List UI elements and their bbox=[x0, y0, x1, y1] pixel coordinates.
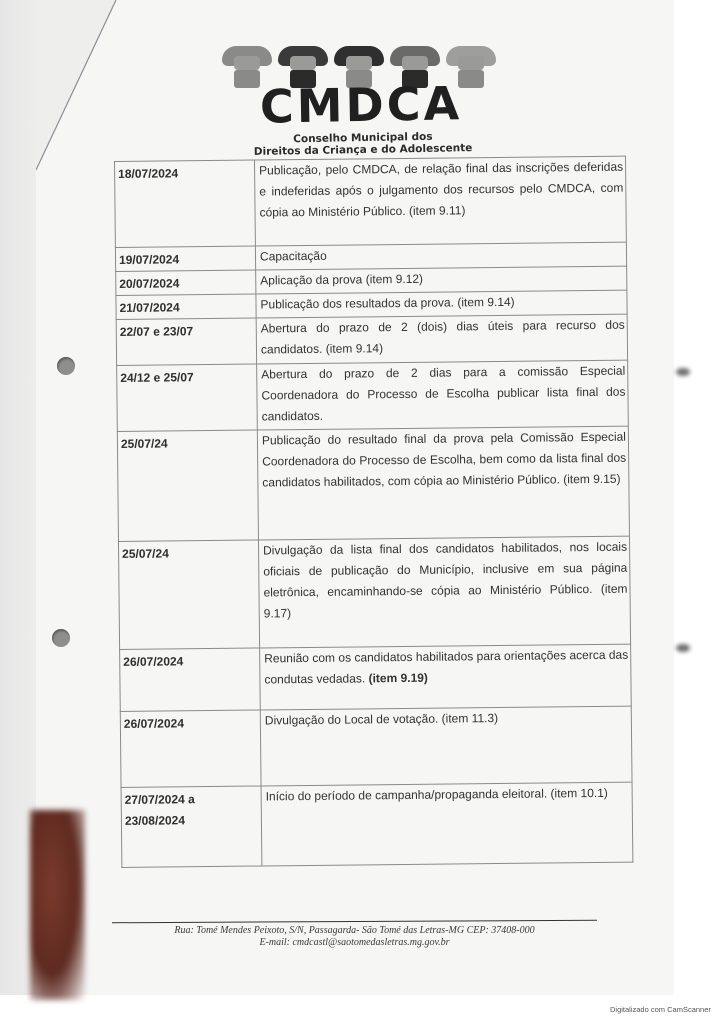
schedule-date: 26/07/2024 bbox=[120, 648, 261, 711]
punch-hole-shadow bbox=[676, 368, 690, 376]
description-text: Divulgação do Local de votação. (item 11… bbox=[265, 711, 498, 727]
schedule-row: 26/07/2024Reunião com os candidatos habi… bbox=[120, 644, 632, 711]
logo-text: CMDCA bbox=[226, 78, 497, 133]
schedule-date: 18/07/2024 bbox=[115, 160, 256, 247]
description-text: Abertura do prazo de 2 dias para a comis… bbox=[261, 364, 625, 424]
description-text: Publicação dos resultados da prova. (ite… bbox=[260, 295, 514, 312]
scan-margin bbox=[674, 0, 724, 995]
footer-email: E-mail: cmdcastl@saotomedasletras.mg.gov… bbox=[112, 937, 597, 949]
punch-hole bbox=[57, 357, 75, 375]
schedule-description: Publicação do resultado final da prova p… bbox=[257, 426, 629, 540]
schedule-description: Divulgação da lista final dos candidatos… bbox=[258, 536, 630, 648]
schedule-row: 26/07/2024Divulgação do Local de votação… bbox=[120, 706, 632, 787]
description-text: Reunião com os candidatos habilitados pa… bbox=[264, 648, 628, 687]
item-reference: (item 9.19) bbox=[368, 671, 428, 686]
schedule-row: 25/07/24Divulgação da lista final dos ca… bbox=[118, 536, 630, 649]
schedule-date: 20/07/2024 bbox=[116, 270, 256, 295]
schedule-row: 24/12 e 25/07Abertura do prazo de 2 dias… bbox=[117, 360, 629, 431]
schedule-date: 25/07/24 bbox=[118, 540, 259, 649]
description-text: Publicação do resultado final da prova p… bbox=[262, 430, 626, 490]
finger-shadow bbox=[30, 810, 85, 1000]
punch-hole bbox=[52, 629, 70, 647]
description-text: Aplicação da prova (item 9.12) bbox=[260, 272, 423, 288]
description-text: Abertura do prazo de 2 (dois) dias úteis… bbox=[261, 318, 625, 357]
schedule-date: 27/07/2024 a 23/08/2024 bbox=[121, 786, 262, 867]
schedule-table-wrapper: 18/07/2024Publicação, pelo CMDCA, de rel… bbox=[114, 156, 633, 868]
schedule-date: 19/07/2024 bbox=[115, 246, 255, 271]
schedule-description: Divulgação do Local de votação. (item 11… bbox=[260, 706, 632, 786]
schedule-date: 26/07/2024 bbox=[120, 710, 261, 787]
footer: Rua: Tomé Mendes Peixoto, S/N, Passagard… bbox=[112, 925, 597, 949]
schedule-date: 21/07/2024 bbox=[116, 294, 256, 319]
schedule-description: Reunião com os candidatos habilitados pa… bbox=[260, 644, 632, 710]
schedule-row: 22/07 e 23/07Abertura do prazo de 2 (doi… bbox=[116, 314, 627, 365]
scanner-watermark: Digitalizado com CamScanner bbox=[610, 1005, 711, 1014]
organization-name: Conselho Municipal dos Direitos da Crian… bbox=[218, 129, 508, 158]
schedule-description: Abertura do prazo de 2 dias para a comis… bbox=[257, 360, 629, 430]
footer-address: Rua: Tomé Mendes Peixoto, S/N, Passagard… bbox=[112, 925, 597, 937]
schedule-row: 18/07/2024Publicação, pelo CMDCA, de rel… bbox=[115, 156, 627, 247]
description-text: Capacitação bbox=[260, 249, 327, 264]
schedule-row: 27/07/2024 a 23/08/2024Início do período… bbox=[121, 782, 633, 867]
schedule-date: 24/12 e 25/07 bbox=[117, 364, 258, 431]
schedule-date: 25/07/24 bbox=[117, 430, 258, 541]
schedule-row: 25/07/24Publicação do resultado final da… bbox=[117, 426, 629, 541]
schedule-description: Início do período de campanha/propaganda… bbox=[261, 782, 633, 866]
description-text: Publicação, pelo CMDCA, de relação final… bbox=[259, 160, 623, 220]
schedule-table: 18/07/2024Publicação, pelo CMDCA, de rel… bbox=[114, 156, 633, 868]
schedule-description: Publicação, pelo CMDCA, de relação final… bbox=[254, 156, 626, 246]
schedule-date: 22/07 e 23/07 bbox=[116, 318, 256, 365]
punch-hole-shadow bbox=[676, 644, 690, 652]
description-text: Início do período de campanha/propaganda… bbox=[266, 786, 608, 804]
description-text: Divulgação da lista final dos candidatos… bbox=[263, 540, 628, 621]
cmdca-logo: CMDCA Conselho Municipal dos Direitos da… bbox=[218, 40, 508, 160]
schedule-description: Abertura do prazo de 2 (dois) dias úteis… bbox=[256, 314, 627, 364]
